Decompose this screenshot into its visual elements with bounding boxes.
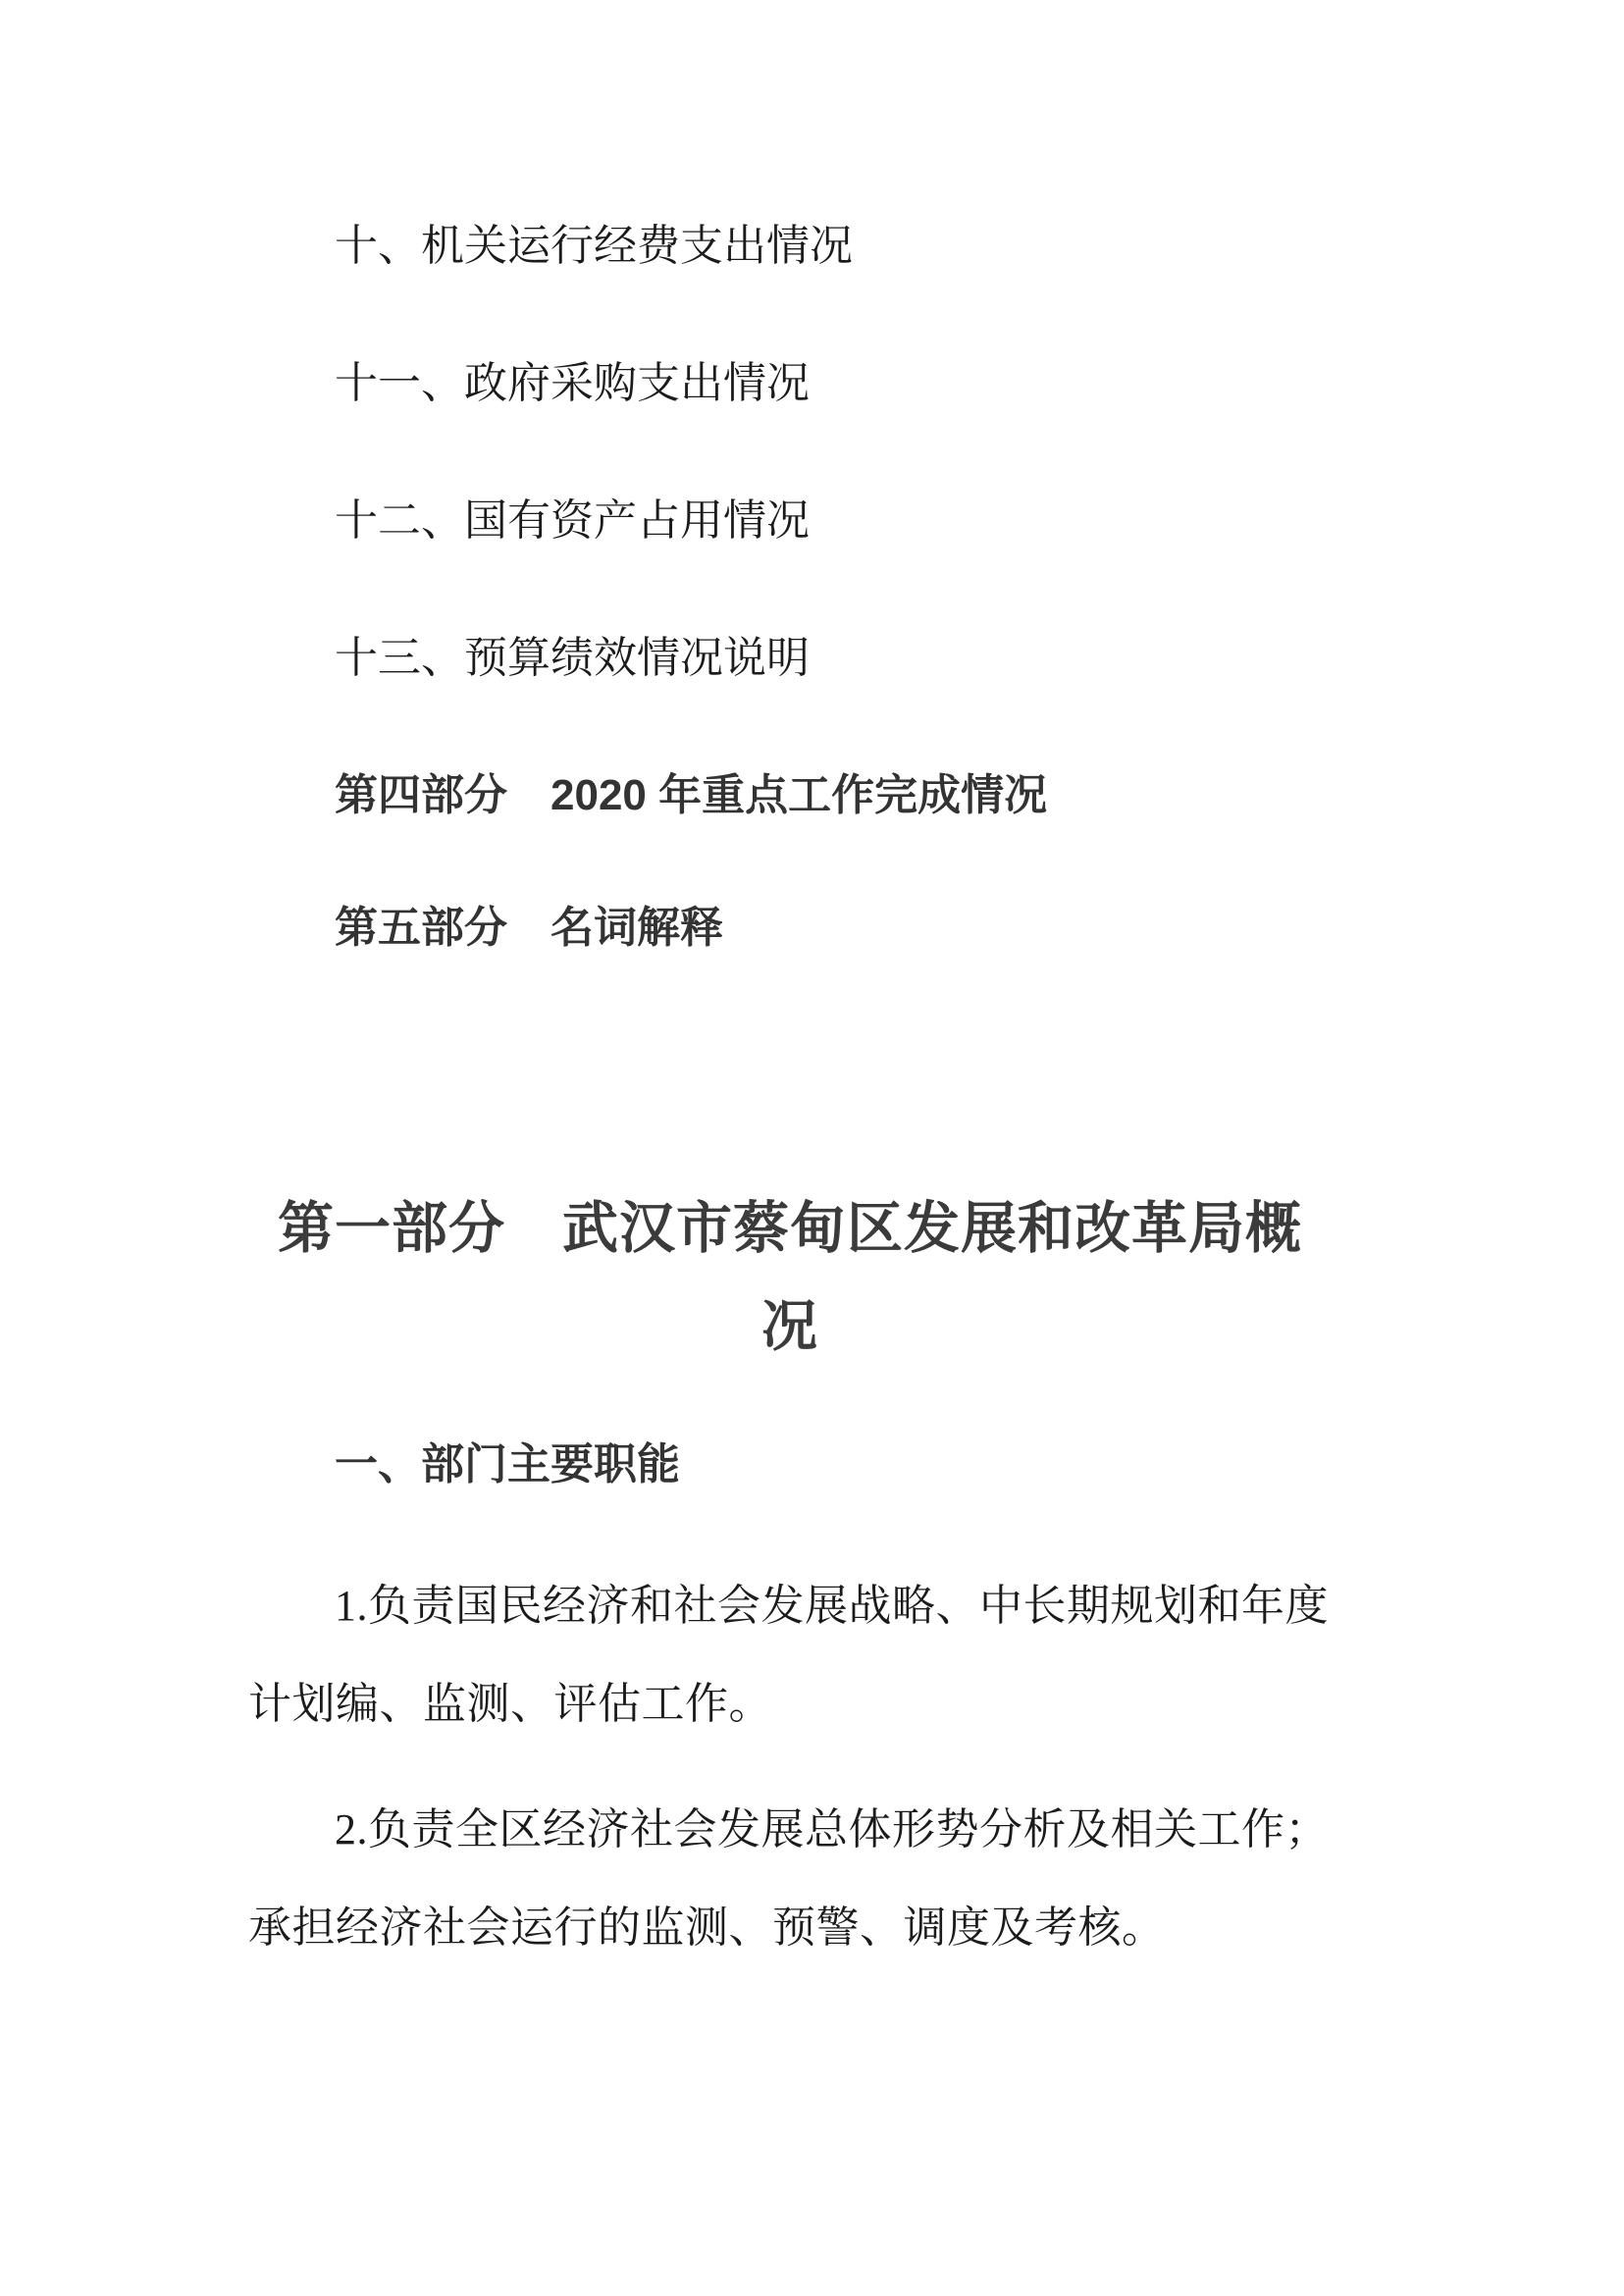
section-heading-main-functions: 一、部门主要职能 xyxy=(335,1443,1332,1487)
part-one-title: 第一部分 武汉市蔡甸区发展和改革局概 况 xyxy=(248,1179,1332,1376)
toc-item-part-4: 第四部分 2020 年重点工作完成情况 xyxy=(248,774,1332,817)
paragraph-function-1: 1.负责国民经济和社会发展战略、中长期规划和年度 计划编、监测、评估工作。 xyxy=(248,1557,1332,1753)
paragraph-line: 承担经济社会运行的监测、预警、调度及考核。 xyxy=(248,1879,1332,1977)
toc-item-13: 十三、预算绩效情况说明 xyxy=(248,637,1332,680)
paragraph-line: 2.负责全区经济社会发展总体形势分析及相关工作； xyxy=(248,1781,1332,1879)
toc-item-10: 十、机关运行经费支出情况 xyxy=(248,225,1332,268)
paragraph-function-2: 2.负责全区经济社会发展总体形势分析及相关工作； 承担经济社会运行的监测、预警、… xyxy=(248,1781,1332,1977)
paragraph-line: 计划编、监测、评估工作。 xyxy=(248,1655,1332,1753)
table-of-contents: 十、机关运行经费支出情况 十一、政府采购支出情况 十二、国有资产占用情况 十三、… xyxy=(248,225,1332,950)
toc-item-12: 十二、国有资产占用情况 xyxy=(248,499,1332,543)
document-page: 十、机关运行经费支出情况 十一、政府采购支出情况 十二、国有资产占用情况 十三、… xyxy=(0,0,1624,2296)
paragraph-line: 1.负责国民经济和社会发展战略、中长期规划和年度 xyxy=(248,1557,1332,1655)
toc-item-11: 十一、政府采购支出情况 xyxy=(248,362,1332,405)
part-one-title-line1: 第一部分 武汉市蔡甸区发展和改革局概 xyxy=(248,1179,1332,1278)
part-one-title-line2: 况 xyxy=(248,1278,1332,1376)
toc-item-part-5: 第五部分 名词解释 xyxy=(248,907,1332,950)
